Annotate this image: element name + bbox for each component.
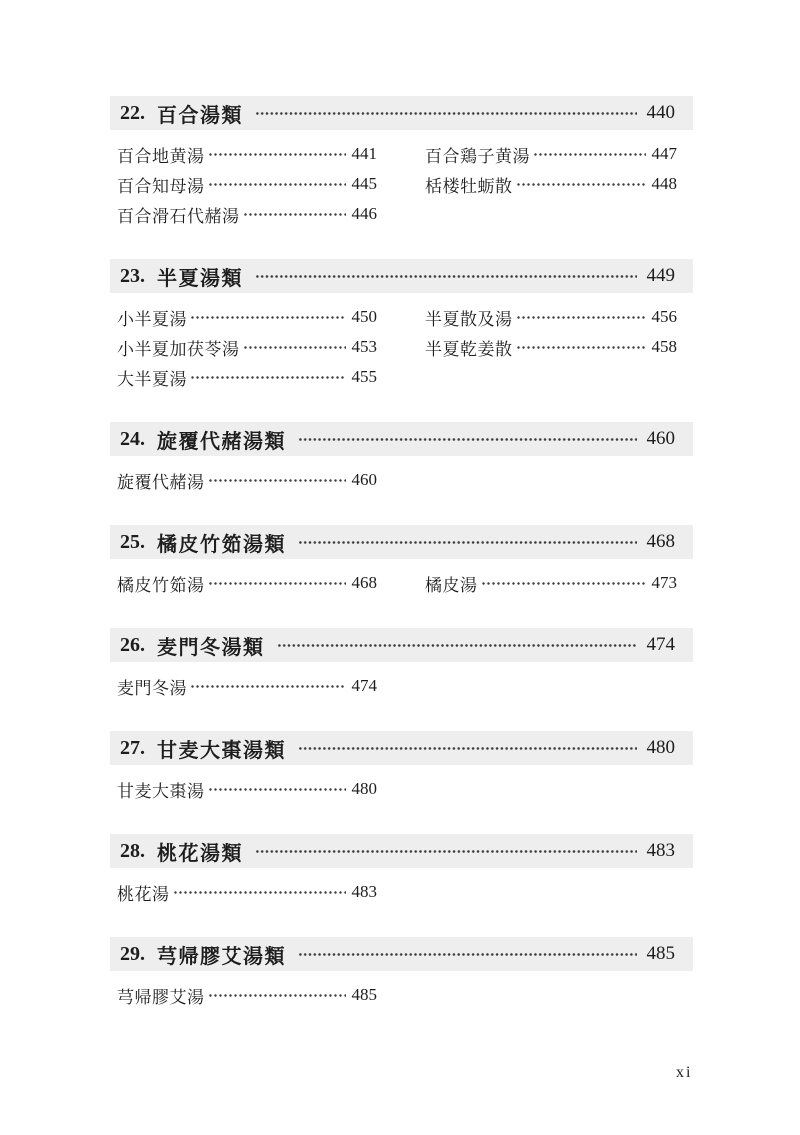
toc-entry: 小半夏加茯苓湯 453	[117, 332, 377, 362]
dotted-leader	[255, 834, 637, 868]
section-entries: 桃花湯 483	[110, 877, 693, 907]
toc-section-25: 25. 橘皮竹筎湯類 468 橘皮竹筎湯 468 橘皮湯	[110, 525, 693, 598]
entry-title: 甘麦大棗湯	[117, 777, 205, 802]
entries-right-column	[425, 465, 677, 495]
entry-page-number: 468	[352, 573, 378, 593]
entries-left-column: 小半夏湯 450 小半夏加茯苓湯 453 大半夏湯 455	[117, 302, 377, 392]
toc-section-29: 29. 芎帰膠艾湯類 485 芎帰膠艾湯 485	[110, 937, 693, 1010]
entry-page-number: 441	[352, 144, 378, 164]
entry-page-number: 480	[352, 779, 378, 799]
entries-left-column: 芎帰膠艾湯 485	[117, 980, 377, 1010]
entry-title: 百合地黄湯	[117, 142, 205, 167]
section-title: 橘皮竹筎湯類	[157, 528, 286, 557]
dotted-leader	[277, 628, 637, 662]
entry-dotted-leader	[208, 139, 346, 169]
entry-dotted-leader	[243, 199, 346, 229]
entry-dotted-leader	[516, 302, 646, 332]
entry-title: 小半夏加茯苓湯	[117, 335, 240, 360]
entries-right-column	[425, 877, 677, 907]
section-number: 27.	[120, 737, 145, 760]
toc-section-28: 28. 桃花湯類 483 桃花湯 483	[110, 834, 693, 907]
section-number: 28.	[120, 840, 145, 863]
entry-title: 小半夏湯	[117, 305, 187, 330]
section-title: 甘麦大棗湯類	[157, 734, 286, 763]
section-page-number: 485	[647, 943, 676, 965]
entry-page-number: 448	[652, 174, 678, 194]
entry-title: 半夏散及湯	[425, 305, 513, 330]
entry-title: 大半夏湯	[117, 365, 187, 390]
entry-dotted-leader	[208, 568, 346, 598]
entry-page-number: 473	[652, 573, 678, 593]
toc-entry: 百合鶏子黄湯 447	[425, 139, 677, 169]
section-header: 23. 半夏湯類 449	[110, 259, 693, 293]
toc-entry: 大半夏湯 455	[117, 362, 377, 392]
toc-content: 22. 百合湯類 440 百合地黄湯 441 百合知母湯 445	[110, 96, 693, 1040]
section-page-number: 440	[647, 102, 676, 124]
toc-section-24: 24. 旋覆代赭湯類 460 旋覆代赭湯 460	[110, 422, 693, 495]
entries-right-column	[425, 980, 677, 1010]
entry-page-number: 450	[352, 307, 378, 327]
toc-page: 22. 百合湯類 440 百合地黄湯 441 百合知母湯 445	[0, 0, 800, 1135]
entry-dotted-leader	[533, 139, 646, 169]
section-number: 23.	[120, 265, 145, 288]
section-entries: 芎帰膠艾湯 485	[110, 980, 693, 1010]
entries-right-column: 百合鶏子黄湯 447 栝楼牡蛎散 448	[425, 139, 677, 229]
section-number: 29.	[120, 943, 145, 966]
toc-section-27: 27. 甘麦大棗湯類 480 甘麦大棗湯 480	[110, 731, 693, 804]
entry-dotted-leader	[190, 671, 346, 701]
section-entries: 麦門冬湯 474	[110, 671, 693, 701]
entry-page-number: 456	[652, 307, 678, 327]
entry-page-number: 483	[352, 882, 378, 902]
toc-entry: 桃花湯 483	[117, 877, 377, 907]
entry-dotted-leader	[481, 568, 646, 598]
dotted-leader	[298, 422, 637, 456]
section-number: 24.	[120, 428, 145, 451]
entries-left-column: 麦門冬湯 474	[117, 671, 377, 701]
entries-left-column: 百合地黄湯 441 百合知母湯 445 百合滑石代赭湯 446	[117, 139, 377, 229]
entry-dotted-leader	[243, 332, 346, 362]
entry-page-number: 455	[352, 367, 378, 387]
entries-right-column: 橘皮湯 473	[425, 568, 677, 598]
entry-title: 半夏乾姜散	[425, 335, 513, 360]
entry-title: 栝楼牡蛎散	[425, 172, 513, 197]
section-entries: 橘皮竹筎湯 468 橘皮湯 473	[110, 568, 693, 598]
entry-page-number: 447	[652, 144, 678, 164]
entry-title: 橘皮竹筎湯	[117, 571, 205, 596]
section-header: 24. 旋覆代赭湯類 460	[110, 422, 693, 456]
toc-entry: 百合滑石代赭湯 446	[117, 199, 377, 229]
toc-section-22: 22. 百合湯類 440 百合地黄湯 441 百合知母湯 445	[110, 96, 693, 229]
dotted-leader	[298, 525, 637, 559]
entry-dotted-leader	[516, 169, 646, 199]
folio-page-number: xi	[676, 1064, 692, 1082]
entry-page-number: 458	[652, 337, 678, 357]
section-title: 半夏湯類	[157, 262, 243, 291]
section-page-number: 474	[647, 634, 676, 656]
entry-title: 芎帰膠艾湯	[117, 983, 205, 1008]
section-header: 29. 芎帰膠艾湯類 485	[110, 937, 693, 971]
entries-left-column: 旋覆代赭湯 460	[117, 465, 377, 495]
entry-dotted-leader	[516, 332, 646, 362]
toc-entry: 半夏乾姜散 458	[425, 332, 677, 362]
toc-entry: 橘皮湯 473	[425, 568, 677, 598]
entry-title: 旋覆代赭湯	[117, 468, 205, 493]
entry-dotted-leader	[208, 774, 346, 804]
dotted-leader	[298, 731, 637, 765]
section-title: 麦門冬湯類	[157, 631, 265, 660]
toc-entry: 百合地黄湯 441	[117, 139, 377, 169]
entry-dotted-leader	[190, 302, 346, 332]
entry-title: 百合鶏子黄湯	[425, 142, 530, 167]
section-page-number: 468	[647, 531, 676, 553]
section-entries: 甘麦大棗湯 480	[110, 774, 693, 804]
section-entries: 旋覆代赭湯 460	[110, 465, 693, 495]
entry-title: 桃花湯	[117, 880, 170, 905]
entry-page-number: 445	[352, 174, 378, 194]
entry-dotted-leader	[173, 877, 346, 907]
section-page-number: 460	[647, 428, 676, 450]
entry-page-number: 474	[352, 676, 378, 696]
toc-entry: 甘麦大棗湯 480	[117, 774, 377, 804]
toc-entry: 芎帰膠艾湯 485	[117, 980, 377, 1010]
section-number: 26.	[120, 634, 145, 657]
section-entries: 百合地黄湯 441 百合知母湯 445 百合滑石代赭湯 446	[110, 139, 693, 229]
toc-section-26: 26. 麦門冬湯類 474 麦門冬湯 474	[110, 628, 693, 701]
entries-left-column: 甘麦大棗湯 480	[117, 774, 377, 804]
entries-left-column: 桃花湯 483	[117, 877, 377, 907]
section-title: 旋覆代赭湯類	[157, 425, 286, 454]
entry-title: 麦門冬湯	[117, 674, 187, 699]
section-header: 25. 橘皮竹筎湯類 468	[110, 525, 693, 559]
toc-entry: 旋覆代赭湯 460	[117, 465, 377, 495]
entries-right-column	[425, 774, 677, 804]
section-title: 百合湯類	[157, 99, 243, 128]
section-title: 桃花湯類	[157, 837, 243, 866]
section-entries: 小半夏湯 450 小半夏加茯苓湯 453 大半夏湯 455	[110, 302, 693, 392]
entry-page-number: 446	[352, 204, 378, 224]
entries-right-column	[425, 671, 677, 701]
toc-entry: 半夏散及湯 456	[425, 302, 677, 332]
section-number: 22.	[120, 102, 145, 125]
entry-page-number: 460	[352, 470, 378, 490]
dotted-leader	[255, 96, 637, 130]
entry-title: 百合滑石代赭湯	[117, 202, 240, 227]
section-page-number: 480	[647, 737, 676, 759]
section-header: 27. 甘麦大棗湯類 480	[110, 731, 693, 765]
entries-left-column: 橘皮竹筎湯 468	[117, 568, 377, 598]
section-header: 28. 桃花湯類 483	[110, 834, 693, 868]
toc-entry: 橘皮竹筎湯 468	[117, 568, 377, 598]
toc-entry: 栝楼牡蛎散 448	[425, 169, 677, 199]
section-page-number: 483	[647, 840, 676, 862]
entry-dotted-leader	[208, 169, 346, 199]
toc-entry: 小半夏湯 450	[117, 302, 377, 332]
entry-page-number: 453	[352, 337, 378, 357]
entry-dotted-leader	[190, 362, 346, 392]
section-header: 22. 百合湯類 440	[110, 96, 693, 130]
section-page-number: 449	[647, 265, 676, 287]
entry-dotted-leader	[208, 980, 346, 1010]
section-number: 25.	[120, 531, 145, 554]
dotted-leader	[255, 259, 637, 293]
entries-right-column: 半夏散及湯 456 半夏乾姜散 458	[425, 302, 677, 392]
toc-entry: 麦門冬湯 474	[117, 671, 377, 701]
entry-page-number: 485	[352, 985, 378, 1005]
section-header: 26. 麦門冬湯類 474	[110, 628, 693, 662]
dotted-leader	[298, 937, 637, 971]
toc-section-23: 23. 半夏湯類 449 小半夏湯 450 小半夏加茯苓湯 453	[110, 259, 693, 392]
entry-dotted-leader	[208, 465, 346, 495]
toc-entry: 百合知母湯 445	[117, 169, 377, 199]
entry-title: 橘皮湯	[425, 571, 478, 596]
entry-title: 百合知母湯	[117, 172, 205, 197]
section-title: 芎帰膠艾湯類	[157, 940, 286, 969]
